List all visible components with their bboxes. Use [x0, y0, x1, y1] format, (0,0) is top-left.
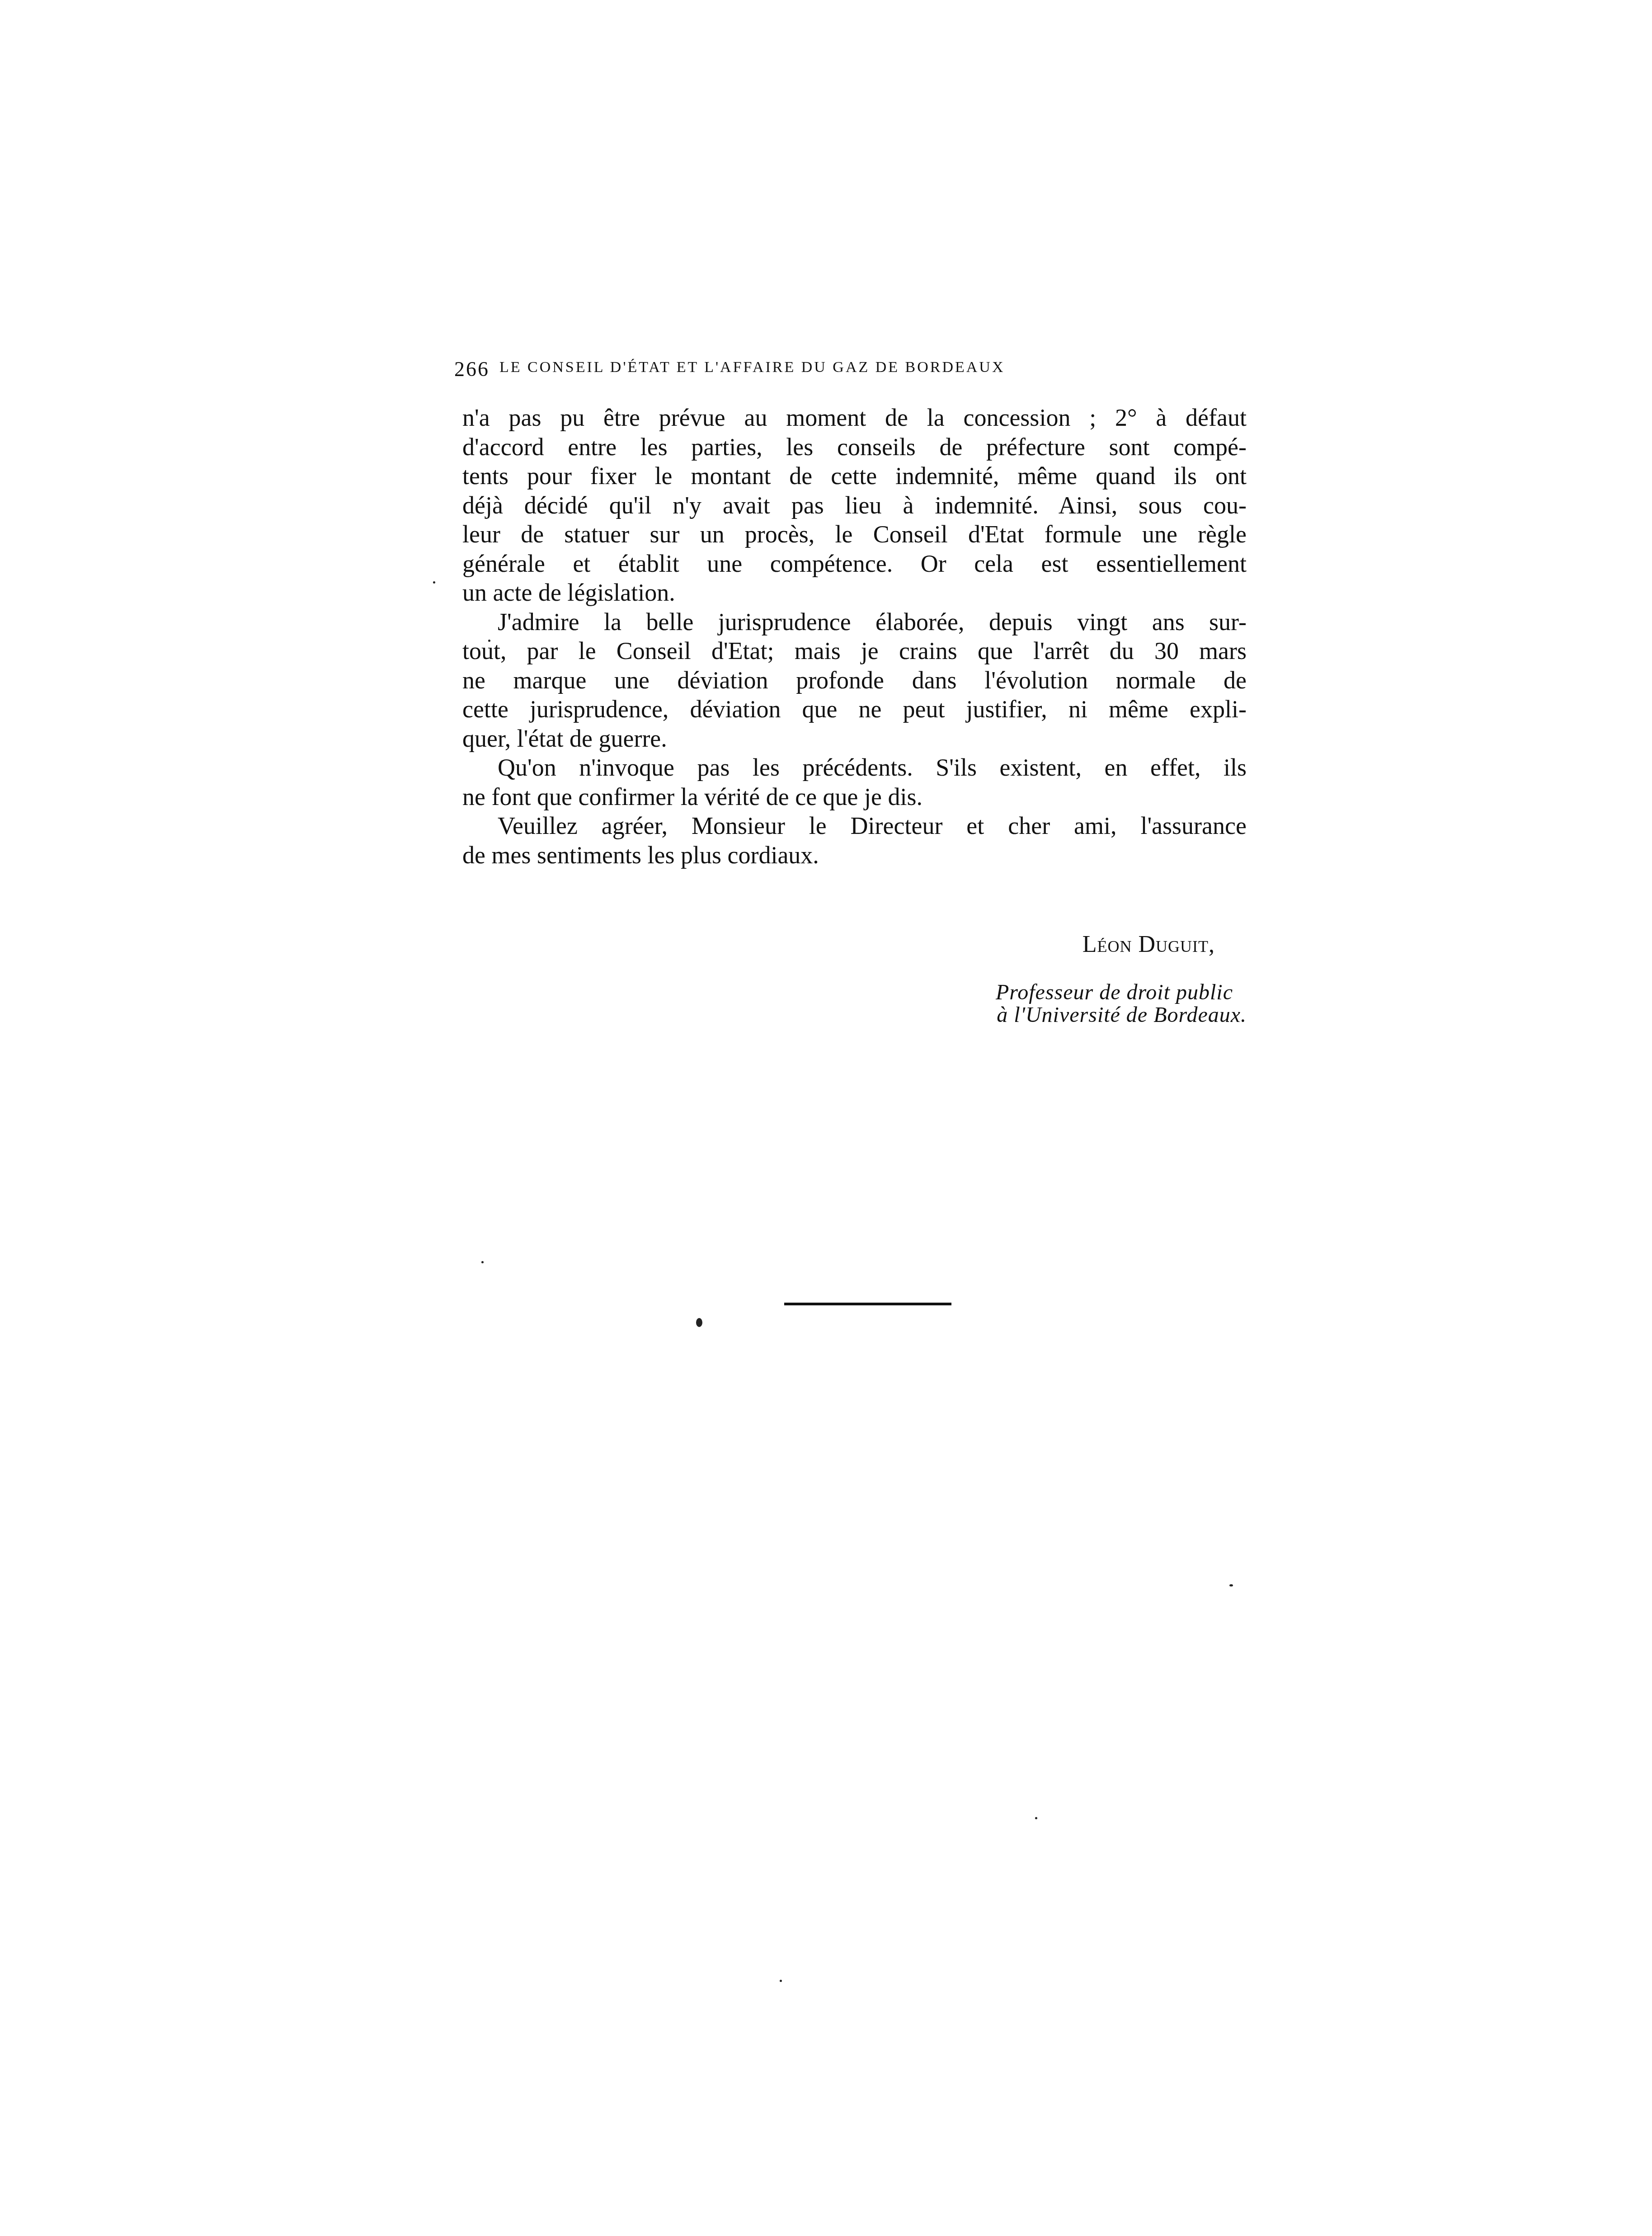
author-title-line-1: Professeur de droit public: [996, 980, 1233, 1005]
separator-rule: [784, 1303, 951, 1305]
text-line: de mes sentiments les plus cordiaux.: [462, 841, 1247, 870]
text-line: d'accord entre les parties, les conseils…: [462, 433, 1247, 462]
scan-speck: [1035, 1817, 1037, 1819]
text-line: un acte de législation.: [462, 578, 1247, 607]
text-line: ne marque une déviation profonde dans l'…: [462, 666, 1247, 695]
scan-speck: [696, 1318, 702, 1327]
text-line: leur de statuer sur un procès, le Consei…: [462, 520, 1247, 549]
scan-speck: [780, 1980, 782, 1982]
scanned-page: 266 Le Conseil d'État et l'affaire du ga…: [0, 0, 1652, 2236]
scan-speck: [481, 1261, 484, 1263]
running-title: Le Conseil d'État et l'affaire du gaz de…: [499, 359, 1005, 376]
text-line: générale et établit une compétence. Or c…: [462, 549, 1247, 579]
text-line: tout, par le Conseil d'Etat; mais je cra…: [462, 636, 1247, 666]
text-line: Qu'on n'invoque pas les précédents. S'il…: [462, 753, 1247, 782]
text-line: Veuillez agréer, Monsieur le Directeur e…: [462, 811, 1247, 841]
text-line: ne font que confirmer la vérité de ce qu…: [462, 782, 1247, 812]
author-name: Léon Duguit,: [1083, 931, 1215, 958]
text-line: n'a pas pu être prévue au moment de la c…: [462, 403, 1247, 433]
scan-speck: [488, 640, 490, 642]
scan-speck: [433, 581, 435, 584]
body-text: n'a pas pu être prévue au moment de la c…: [462, 403, 1247, 870]
author-title-line-2: à l'Université de Bordeaux.: [997, 1003, 1247, 1027]
page-number: 266: [454, 357, 489, 381]
text-line: déjà décidé qu'il n'y avait pas lieu à i…: [462, 491, 1247, 520]
running-head: 266 Le Conseil d'État et l'affaire du ga…: [454, 357, 1250, 384]
scan-speck: [1229, 1584, 1233, 1586]
text-line: cette jurisprudence, déviation que ne pe…: [462, 695, 1247, 724]
text-line: tents pour fixer le montant de cette ind…: [462, 461, 1247, 491]
text-line: quer, l'état de guerre.: [462, 724, 1247, 753]
text-line: J'admire la belle jurisprudence élaborée…: [462, 607, 1247, 637]
